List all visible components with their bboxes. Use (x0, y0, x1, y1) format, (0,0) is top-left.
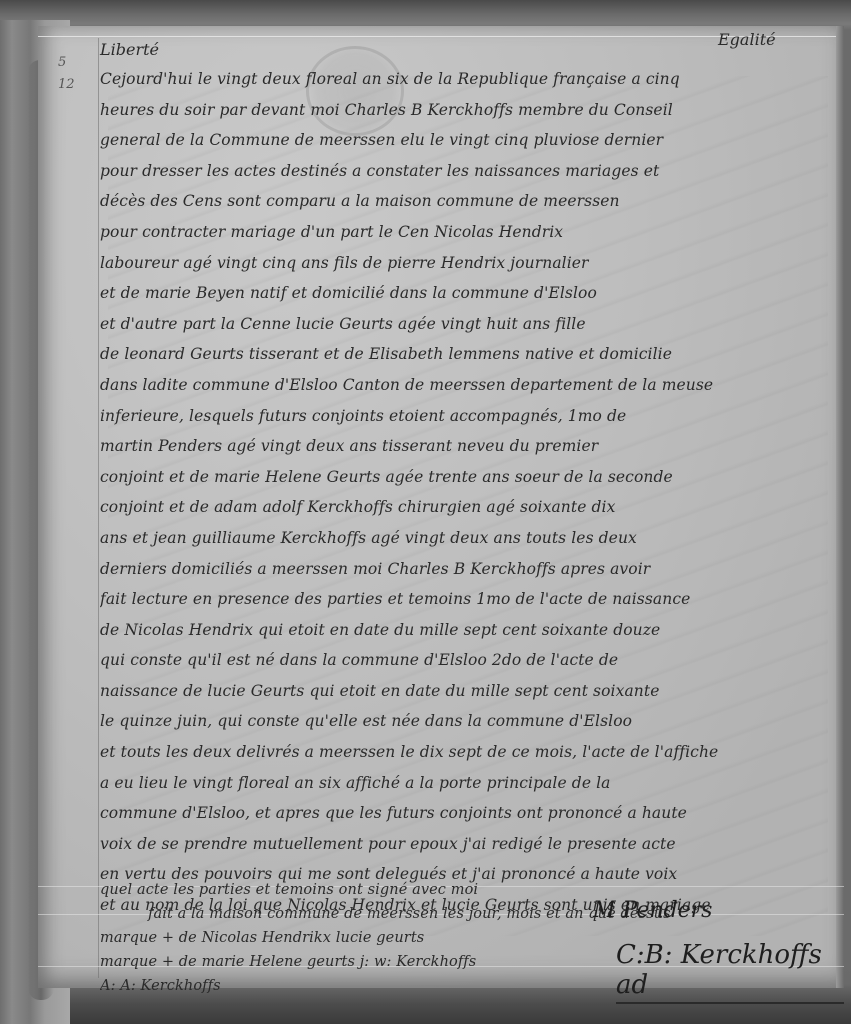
body-line: qui conste qu'il est né dans la commune … (100, 645, 832, 676)
signature-officer: C:B: Kerckhoffs ad (616, 940, 844, 1004)
body-line: pour dresser les actes destinés a consta… (100, 156, 832, 187)
body-line: de Nicolas Hendrix qui etoit en date du … (100, 615, 832, 646)
body-line: heures du soir par devant moi Charles B … (100, 95, 832, 126)
body-line: naissance de lucie Geurts qui etoit en d… (100, 676, 832, 707)
body-line: décès des Cens sont comparu a la maison … (100, 186, 832, 217)
page-edge (836, 26, 844, 988)
body-line: et d'autre part la Cenne lucie Geurts ag… (100, 309, 832, 340)
body-line: et de marie Beyen natif et domicilié dan… (100, 278, 832, 309)
body-line: et touts les deux delivrés a meerssen le… (100, 737, 832, 768)
header-egalite: Egalité (718, 30, 776, 49)
body-line: voix de se prendre mutuellement pour epo… (100, 829, 832, 860)
body-line: a eu lieu le vingt floreal an six affich… (100, 768, 832, 799)
body-line: derniers domiciliés a meerssen moi Charl… (100, 554, 832, 585)
body-line: commune d'Elsloo, et apres que les futur… (100, 798, 832, 829)
marginal-number: 12 (58, 74, 75, 96)
body-line: inferieure, lesquels futurs conjoints et… (100, 401, 832, 432)
body-line: martin Penders agé vingt deux ans tisser… (100, 431, 832, 462)
body-line: conjoint et de marie Helene Geurts agée … (100, 462, 832, 493)
closing-line: fait a la maison commune de meerssen les… (100, 902, 840, 926)
body-line: le quinze juin, qui conste qu'elle est n… (100, 706, 832, 737)
body-line: laboureur agé vingt cinq ans fils de pie… (100, 248, 832, 279)
body-line: pour contracter mariage d'un part le Cen… (100, 217, 832, 248)
marginal-numbers: 5 12 (58, 52, 75, 96)
body-line: Cejourd'hui le vingt deux floreal an six… (100, 64, 832, 95)
body-line: general de la Commune de meerssen elu le… (100, 125, 832, 156)
record-body: Cejourd'hui le vingt deux floreal an six… (100, 64, 832, 921)
margin-rule (98, 38, 99, 978)
signature-penders: M Penders (593, 898, 712, 923)
marginal-number: 5 (58, 52, 75, 74)
body-line: ans et jean guilliaume Kerckhoffs agé vi… (100, 523, 832, 554)
body-line: de leonard Geurts tisserant et de Elisab… (100, 339, 832, 370)
header-liberte: Liberté (100, 40, 159, 59)
body-line: conjoint et de adam adolf Kerckhoffs chi… (100, 492, 832, 523)
body-line: dans ladite commune d'Elsloo Canton de m… (100, 370, 832, 401)
document-page: 5 12 Liberté Egalité Cejourd'hui le ving… (38, 26, 844, 988)
closing-line: quel acte les parties et temoins ont sig… (100, 878, 840, 902)
body-line: fait lecture en presence des parties et … (100, 584, 832, 615)
